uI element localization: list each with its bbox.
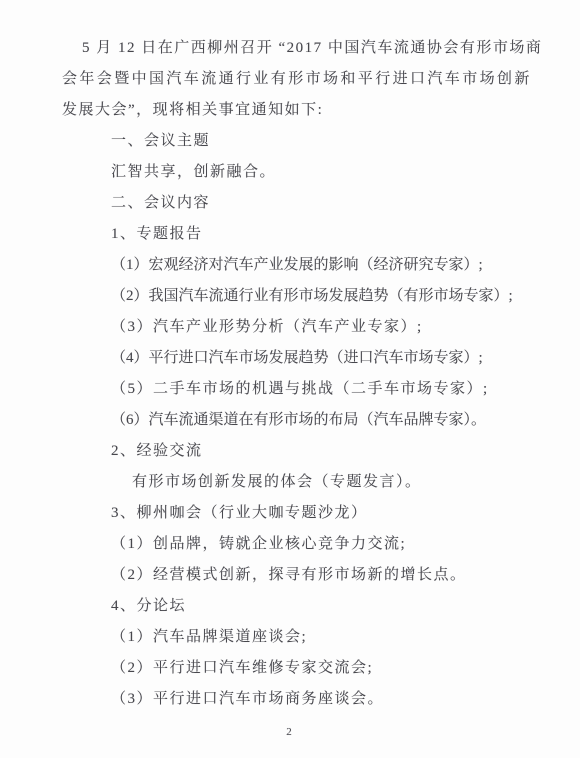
- list-item: （4）平行进口汽车市场发展趋势（进口汽车市场专家）;: [111, 343, 520, 374]
- text-line: 5 月 12 日在广西柳州召开 “2017 中国汽车流通协会有形市场商: [82, 33, 520, 64]
- text-line: 有形市场创新发展的体会（专题发言）。: [132, 467, 520, 498]
- notice-body: 5 月 12 日在广西柳州召开 “2017 中国汽车流通协会有形市场商 会年会暨…: [62, 33, 520, 715]
- page-number: 2: [58, 726, 520, 757]
- list-item: （1）汽车品牌渠道座谈会;: [111, 622, 520, 653]
- text-line: 会年会暨中国汽车流通行业有形市场和平行进口汽车市场创新: [62, 64, 520, 95]
- subsection-heading: 1、专题报告: [111, 219, 520, 250]
- subsection-heading: 2、经验交流: [111, 436, 520, 467]
- list-item: （3）汽车产业形势分析（汽车产业专家）;: [111, 312, 520, 343]
- list-item: （5）二手车市场的机遇与挑战（二手车市场专家）;: [111, 374, 520, 405]
- list-item: （2）经营模式创新，探寻有形市场新的增长点。: [111, 560, 520, 591]
- text-line: 汇智共享，创新融合。: [111, 157, 520, 188]
- list-item: （6）汽车流通渠道在有形市场的布局（汽车品牌专家）。: [111, 405, 520, 436]
- list-item: （2）平行进口汽车维修专家交流会;: [111, 653, 520, 684]
- list-item: （2）我国汽车流通行业有形市场发展趋势（有形市场专家）;: [111, 281, 520, 312]
- document-page: 5 月 12 日在广西柳州召开 “2017 中国汽车流通协会有形市场商 会年会暨…: [0, 0, 580, 758]
- text-line: 发展大会”，现将相关事宜通知如下:: [62, 95, 520, 126]
- subsection-heading: 4、分论坛: [111, 591, 520, 622]
- list-item: （1）宏观经济对汽车产业发展的影响（经济研究专家）;: [111, 250, 520, 281]
- list-item: （1）创品牌，铸就企业核心竞争力交流;: [111, 529, 520, 560]
- subsection-heading: 3、柳州咖会（行业大咖专题沙龙）: [111, 498, 520, 529]
- section-heading: 一、会议主题: [111, 126, 520, 157]
- section-heading: 二、会议内容: [111, 188, 520, 219]
- list-item: （3）平行进口汽车市场商务座谈会。: [111, 684, 520, 715]
